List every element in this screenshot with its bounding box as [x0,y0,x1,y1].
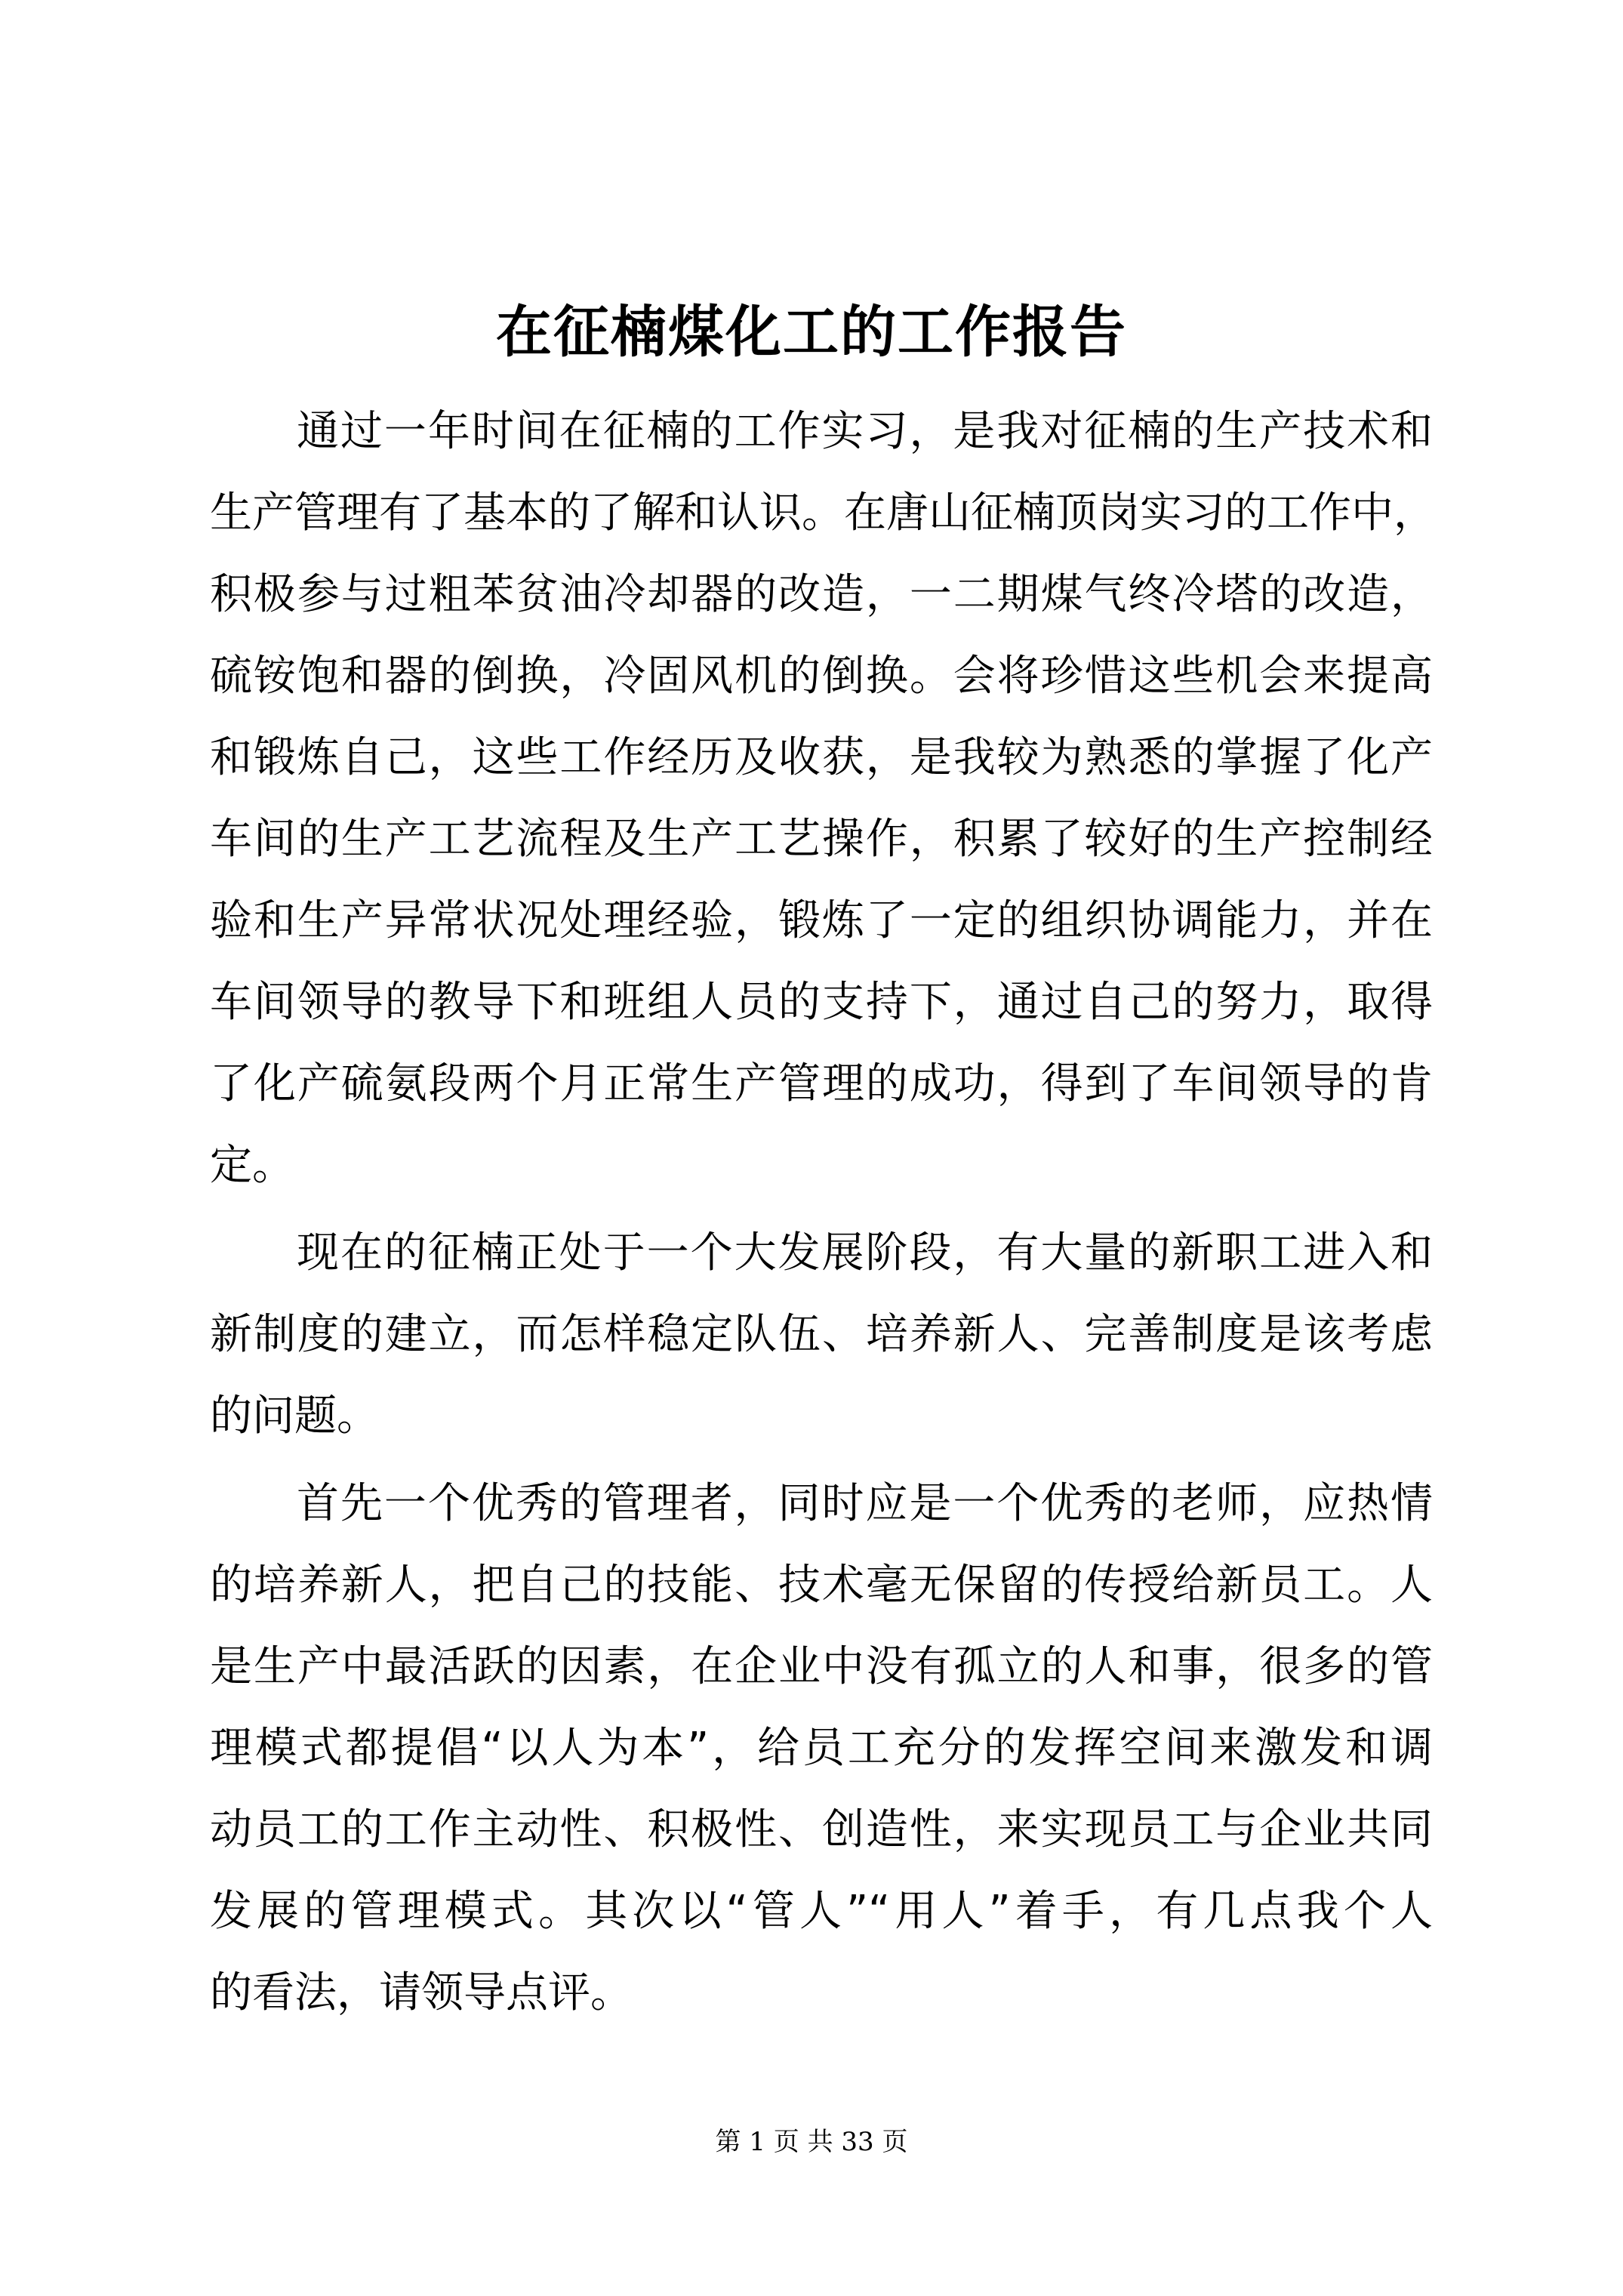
paragraph-3: 首先一个优秀的管理者，同时应是一个优秀的老师，应热情 的培养新人，把自己的技能、… [210,1463,1433,2034]
text-line: 生产管理有了基本的了解和认识。在唐山征楠顶岗实习的工作中， [210,473,1433,554]
text-line: 理模式都提倡“以人为本”，给员工充分的发挥空间来激发和调 [210,1708,1433,1789]
page-number-footer: 第 1 页 共 33 页 [0,2123,1623,2161]
text-line: 的看法，请领导点评。 [210,1952,1433,2034]
text-line: 的培养新人，把自己的技能、技术毫无保留的传授给新员工。人 [210,1545,1433,1626]
text-line: 新制度的建立，而怎样稳定队伍、培养新人、完善制度是该考虑 [210,1294,1433,1376]
text-line: 验和生产异常状况处理经验，锻炼了一定的组织协调能力，并在 [210,880,1433,962]
paragraph-spacer [210,1457,1433,1463]
text-line: 和锻炼自己，这些工作经历及收获，是我较为熟悉的掌握了化产 [210,717,1433,799]
text-line: 车间领导的教导下和班组人员的支持下，通过自己的努力，取得 [210,962,1433,1043]
paragraph-spacer [210,1207,1433,1213]
text-line: 现在的征楠正处于一个大发展阶段，有大量的新职工进入和 [210,1213,1433,1294]
text-line: 硫铵饱和器的倒换，冷固风机的倒换。会将珍惜这些机会来提高 [210,636,1433,717]
text-line: 是生产中最活跃的因素，在企业中没有孤立的人和事，很多的管 [210,1626,1433,1708]
text-line: 通过一年时间在征楠的工作实习，是我对征楠的生产技术和 [210,391,1433,473]
document-body: 通过一年时间在征楠的工作实习，是我对征楠的生产技术和 生产管理有了基本的了解和认… [210,391,1433,2034]
document-title: 在征楠煤化工的工作报告 [0,298,1623,366]
document-page: 在征楠煤化工的工作报告 通过一年时间在征楠的工作实习，是我对征楠的生产技术和 生… [0,0,1623,2296]
text-line: 的问题。 [210,1376,1433,1457]
text-line: 定。 [210,1125,1433,1207]
text-line: 了化产硫氨段两个月正常生产管理的成功，得到了车间领导的肯 [210,1043,1433,1125]
paragraph-2: 现在的征楠正处于一个大发展阶段，有大量的新职工进入和 新制度的建立，而怎样稳定队… [210,1213,1433,1457]
text-line: 发展的管理模式。其次以“管人”“用人”着手，有几点我个人 [210,1871,1433,1952]
text-line: 首先一个优秀的管理者，同时应是一个优秀的老师，应热情 [210,1463,1433,1545]
text-line: 积极参与过粗苯贫油冷却器的改造，一二期煤气终冷塔的改造， [210,554,1433,636]
text-line: 动员工的工作主动性、积极性、创造性，来实现员工与企业共同 [210,1789,1433,1871]
text-line: 车间的生产工艺流程及生产工艺操作，积累了较好的生产控制经 [210,799,1433,880]
paragraph-1: 通过一年时间在征楠的工作实习，是我对征楠的生产技术和 生产管理有了基本的了解和认… [210,391,1433,1207]
